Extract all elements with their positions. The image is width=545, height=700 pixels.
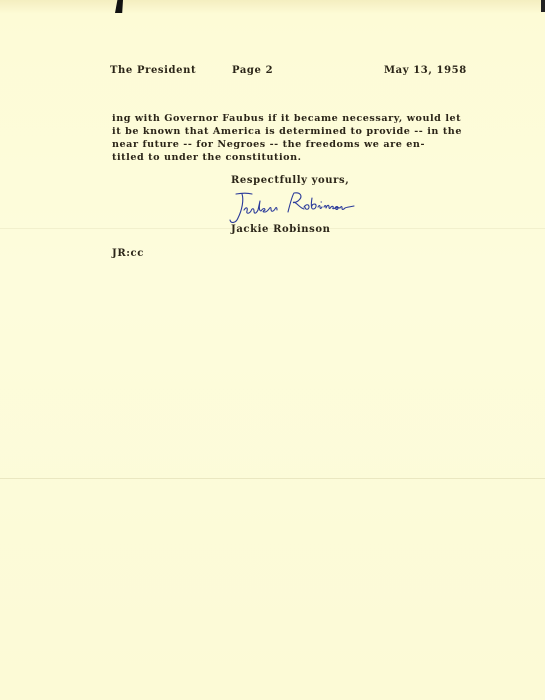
body-line: it be known that America is determined t… [112,126,462,137]
typed-signer-name: Jackie Robinson [231,224,330,235]
paper-stain [0,0,545,14]
paper-corner-shadow [541,0,545,12]
body-line: near future -- for Negroes -- the freedo… [112,139,425,150]
header-page-number: Page 2 [232,65,273,76]
header-recipient: The President [110,65,196,76]
body-line: titled to under the constitution. [112,152,302,163]
body-line: ing with Governor Faubus if it became ne… [112,113,461,124]
closing-salutation: Respectfully yours, [231,175,349,186]
paper-fold-lower [0,478,545,479]
header-date: May 13, 1958 [384,65,467,76]
letter-page: The President Page 2 May 13, 1958 ing wi… [0,0,545,700]
handwritten-signature [228,190,368,228]
reference-initials: JR:cc [112,248,144,259]
